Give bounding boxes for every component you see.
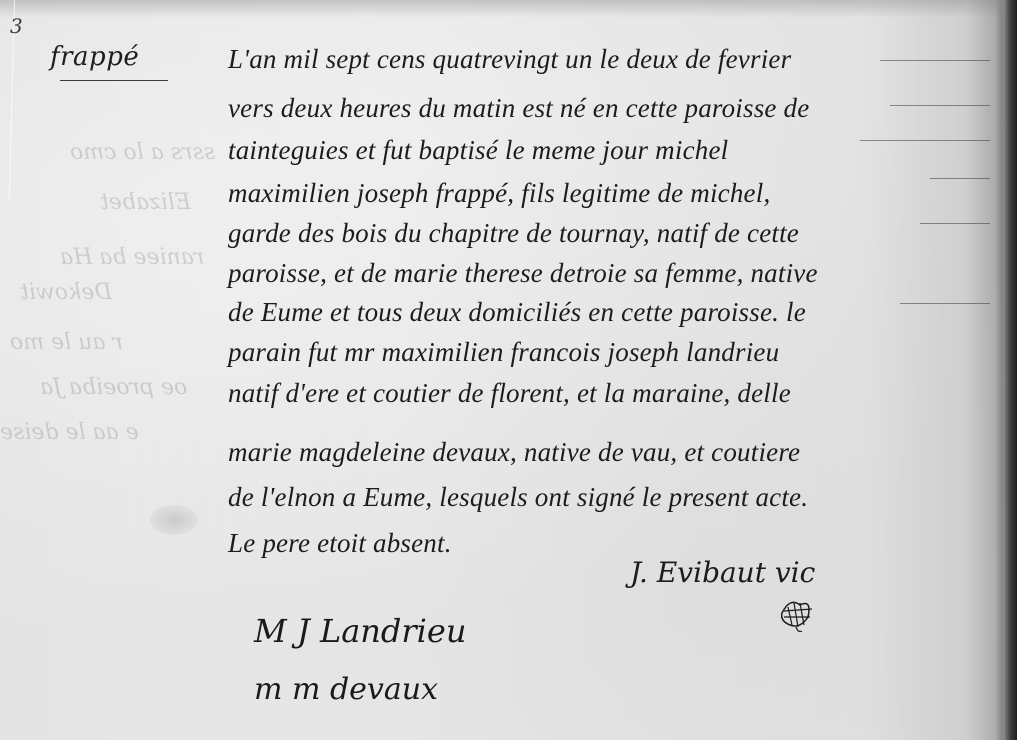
register-page: ssrs a lo cmo Elizabet raniee ba Ha Deko… [0, 0, 1017, 740]
entry-line-8: parain fut mr maximilien francois joseph… [228, 337, 779, 368]
entry-line-7: de Eume et tous deux domiciliés en cette… [228, 297, 806, 328]
page-top-shadow [0, 0, 1017, 18]
entry-line-3: tainteguies et fut baptisé le meme jour … [228, 135, 728, 166]
margin-surname: frappé [50, 42, 139, 72]
entry-line-5: garde des bois du chapitre de tournay, n… [228, 218, 799, 249]
entry-line-12: Le pere etoit absent. [228, 528, 452, 559]
godfather-signature: M J Landrieu [254, 612, 466, 650]
bleed-through-text: raniee ba Ha [60, 245, 204, 270]
entry-line-6: paroisse, et de marie therese detroie sa… [228, 258, 818, 289]
bleed-through-text: Dekowit [20, 280, 112, 305]
bleed-through-text: oe proeiba Ja [40, 375, 187, 400]
line-filler-rule [880, 60, 990, 61]
line-filler-rule [890, 105, 990, 106]
book-binding-edge [995, 0, 1017, 740]
line-filler-rule [860, 140, 990, 141]
entry-line-9: natif d'ere et coutier de florent, et la… [228, 378, 791, 409]
entry-line-1: L'an mil sept cens quatrevingt un le deu… [228, 44, 791, 75]
entry-line-11: de l'elnon a Eume, lesquels ont signé le… [228, 482, 808, 513]
bleed-through-text: r au le mo [10, 330, 123, 355]
godmother-signature: m m devaux [254, 672, 438, 707]
cleric-signature: J. Evibaut vic [630, 556, 815, 589]
entry-line-10: marie magdeleine devaux, native de vau, … [228, 437, 800, 468]
line-filler-rule [920, 223, 990, 224]
bleed-through-text: Elizabet [100, 190, 191, 215]
line-filler-rule [900, 303, 990, 304]
entry-line-2: vers deux heures du matin est né en cett… [228, 93, 809, 124]
bleed-through-text: ssrs a lo cmo [70, 140, 215, 165]
line-filler-rule [930, 178, 990, 179]
ink-stain [150, 505, 198, 535]
folio-number: 3 [10, 14, 23, 38]
margin-surname-underline [60, 80, 168, 81]
bleed-through-text: e aa le deise [0, 420, 139, 445]
entry-line-4: maximilien joseph frappé, fils legitime … [228, 178, 770, 209]
monogram-mark-icon [778, 595, 818, 635]
